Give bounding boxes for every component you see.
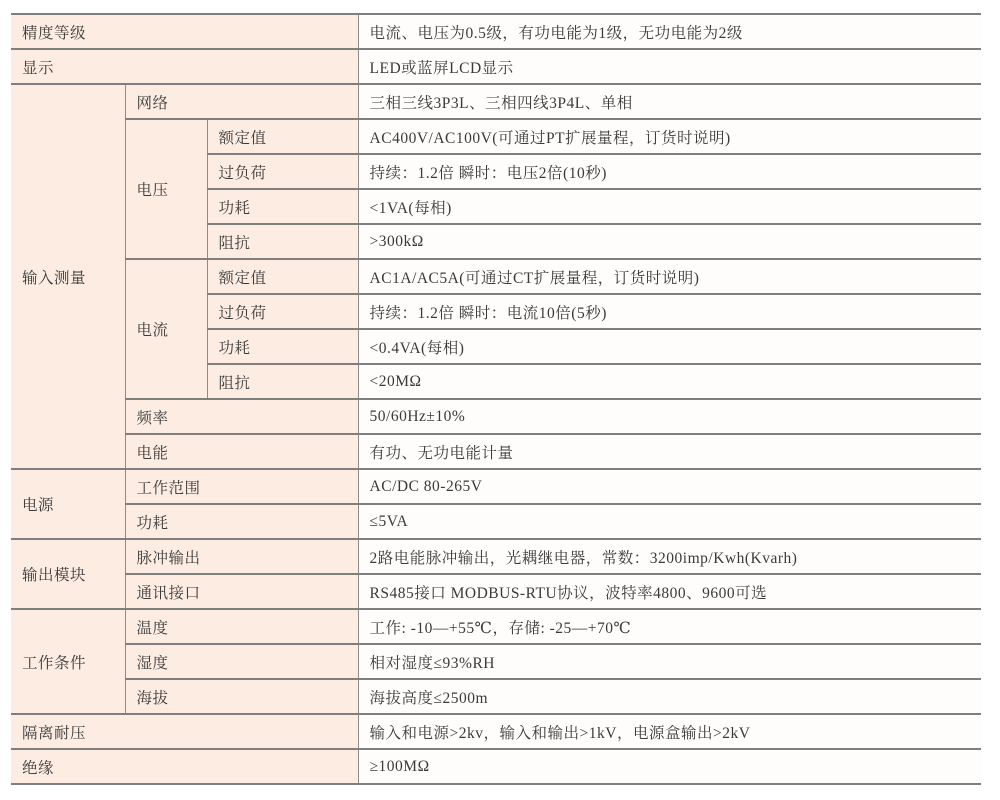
row-value-insulation: ≥100MΩ — [358, 749, 981, 784]
row-value-comm-interface: RS485接口 MODBUS-RTU协议，波特率4800、9600可选 — [358, 574, 981, 609]
row-value-altitude: 海拔高度≤2500m — [358, 679, 981, 714]
row-value-humidity: 相对湿度≤93%RH — [358, 644, 981, 679]
table-row: 海拔 海拔高度≤2500m — [11, 679, 981, 714]
group-label-current: 电流 — [125, 259, 207, 399]
group-label-input-measure: 输入测量 — [11, 84, 125, 469]
row-label-insulation: 绝缘 — [11, 749, 358, 784]
row-label-voltage-overload: 过负荷 — [207, 154, 358, 189]
row-value-pulse-output: 2路电能脉冲输出，光耦继电器，常数：3200imp/Kwh(Kvarh) — [358, 539, 981, 574]
row-label-network: 网络 — [125, 84, 358, 119]
row-label-voltage-impedance: 阻抗 — [207, 224, 358, 259]
row-label-temperature: 温度 — [125, 609, 358, 644]
table-row: 工作条件 温度 工作: -10—+55℃，存储: -25—+70℃ — [11, 609, 981, 644]
row-value-network: 三相三线3P3L、三相四线3P4L、单相 — [358, 84, 981, 119]
row-value-energy: 有功、无功电能计量 — [358, 434, 981, 469]
row-label-accuracy: 精度等级 — [11, 14, 358, 49]
table-row: 电源 工作范围 AC/DC 80-265V — [11, 469, 981, 504]
row-value-temperature: 工作: -10—+55℃，存储: -25—+70℃ — [358, 609, 981, 644]
table-row: 通讯接口 RS485接口 MODBUS-RTU协议，波特率4800、9600可选 — [11, 574, 981, 609]
row-label-supply-range: 工作范围 — [125, 469, 358, 504]
group-label-output-module: 输出模块 — [11, 539, 125, 609]
row-label-current-overload: 过负荷 — [207, 294, 358, 329]
table-row: 输出模块 脉冲输出 2路电能脉冲输出，光耦继电器，常数：3200imp/Kwh(… — [11, 539, 981, 574]
table-row: 频率 50/60Hz±10% — [11, 399, 981, 434]
row-label-comm-interface: 通讯接口 — [125, 574, 358, 609]
row-label-voltage-rated: 额定值 — [207, 119, 358, 154]
row-label-isolation: 隔离耐压 — [11, 714, 358, 749]
table-row: 功耗 ≤5VA — [11, 504, 981, 539]
row-label-current-impedance: 阻抗 — [207, 364, 358, 399]
row-label-current-power: 功耗 — [207, 329, 358, 364]
row-label-altitude: 海拔 — [125, 679, 358, 714]
row-label-current-rated: 额定值 — [207, 259, 358, 294]
table-row: 电能 有功、无功电能计量 — [11, 434, 981, 469]
table-row: 显示 LED或蓝屏LCD显示 — [11, 49, 981, 84]
group-label-power-supply: 电源 — [11, 469, 125, 539]
table-row: 电流 额定值 AC1A/AC5A(可通过CT扩展量程，订货时说明) — [11, 259, 981, 294]
row-label-frequency: 频率 — [125, 399, 358, 434]
row-value-supply-consumption: ≤5VA — [358, 504, 981, 539]
row-value-accuracy: 电流、电压为0.5级，有功电能为1级，无功电能为2级 — [358, 14, 981, 49]
row-value-voltage-overload: 持续：1.2倍 瞬时：电压2倍(10秒) — [358, 154, 981, 189]
group-label-working-conditions: 工作条件 — [11, 609, 125, 714]
row-value-voltage-rated: AC400V/AC100V(可通过PT扩展量程，订货时说明) — [358, 119, 981, 154]
row-value-frequency: 50/60Hz±10% — [358, 399, 981, 434]
row-value-display: LED或蓝屏LCD显示 — [358, 49, 981, 84]
row-label-display: 显示 — [11, 49, 358, 84]
row-value-voltage-power: <1VA(每相) — [358, 189, 981, 224]
table-row: 电压 额定值 AC400V/AC100V(可通过PT扩展量程，订货时说明) — [11, 119, 981, 154]
spec-sheet-page: 精度等级 电流、电压为0.5级，有功电能为1级，无功电能为2级 显示 LED或蓝… — [0, 0, 1000, 800]
row-label-supply-consumption: 功耗 — [125, 504, 358, 539]
table-row: 绝缘 ≥100MΩ — [11, 749, 981, 784]
row-value-isolation: 输入和电源>2kv，输入和输出>1kV，电源盒输出>2kV — [358, 714, 981, 749]
row-value-current-overload: 持续：1.2倍 瞬时：电流10倍(5秒) — [358, 294, 981, 329]
row-label-energy: 电能 — [125, 434, 358, 469]
row-label-voltage-power: 功耗 — [207, 189, 358, 224]
table-row: 精度等级 电流、电压为0.5级，有功电能为1级，无功电能为2级 — [11, 14, 981, 49]
row-value-current-impedance: <20MΩ — [358, 364, 981, 399]
row-value-current-rated: AC1A/AC5A(可通过CT扩展量程，订货时说明) — [358, 259, 981, 294]
row-value-supply-range: AC/DC 80-265V — [358, 469, 981, 504]
row-label-humidity: 湿度 — [125, 644, 358, 679]
row-label-pulse-output: 脉冲输出 — [125, 539, 358, 574]
group-label-voltage: 电压 — [125, 119, 207, 259]
row-value-voltage-impedance: >300kΩ — [358, 224, 981, 259]
table-row: 隔离耐压 输入和电源>2kv，输入和输出>1kV，电源盒输出>2kV — [11, 714, 981, 749]
row-value-current-power: <0.4VA(每相) — [358, 329, 981, 364]
table-row: 湿度 相对湿度≤93%RH — [11, 644, 981, 679]
table-row: 输入测量 网络 三相三线3P3L、三相四线3P4L、单相 — [11, 84, 981, 119]
spec-table: 精度等级 电流、电压为0.5级，有功电能为1级，无功电能为2级 显示 LED或蓝… — [11, 13, 981, 785]
